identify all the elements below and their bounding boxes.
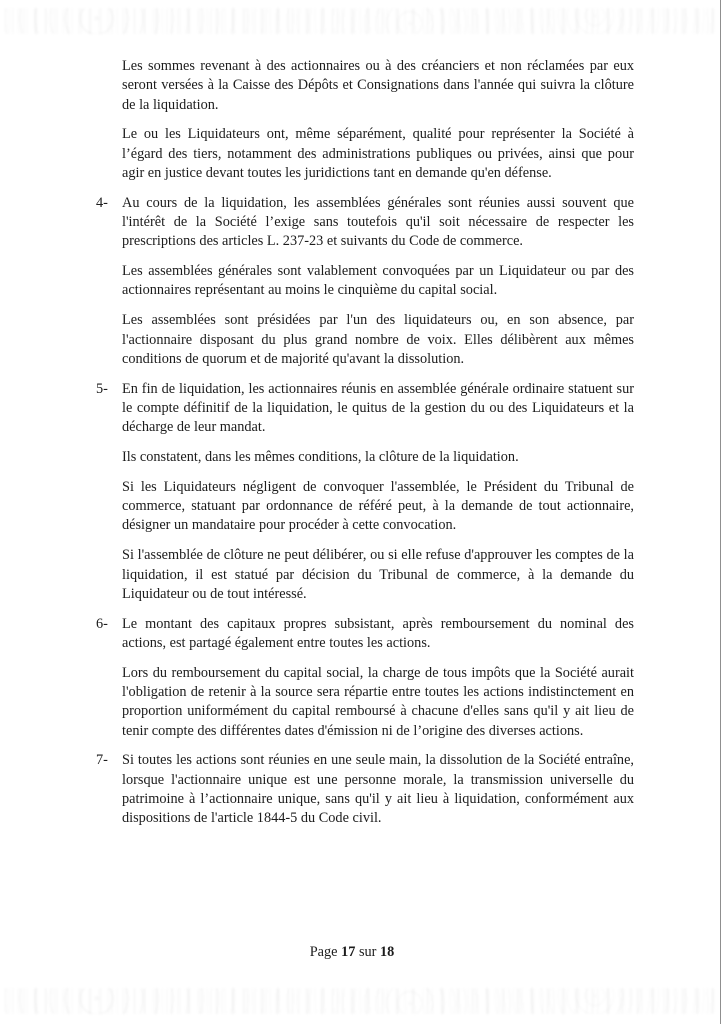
paragraph: En fin de liquidation, les actionnaires …	[122, 380, 634, 438]
scan-artifact-top	[4, 8, 716, 34]
scan-edge-line	[720, 0, 721, 1024]
numbered-clause-6: 6- Le montant des capitaux propres subsi…	[96, 615, 634, 752]
scan-artifact-bottom	[4, 988, 716, 1014]
document-content: Les sommes revenant à des actionnaires o…	[96, 57, 634, 839]
clause-body: Au cours de la liquidation, les assemblé…	[122, 194, 634, 380]
footer-separator: sur	[359, 944, 376, 960]
document-page: Les sommes revenant à des actionnaires o…	[0, 0, 726, 1024]
paragraph: Les sommes revenant à des actionnaires o…	[122, 57, 634, 115]
paragraph: Le montant des capitaux propres subsista…	[122, 615, 634, 654]
paragraph: Si toutes les actions sont réunies en un…	[122, 751, 634, 828]
paragraph: Les assemblées sont présidées par l'un d…	[122, 311, 634, 369]
clause-number: 6-	[96, 615, 122, 634]
page-footer: Page 17 sur 18	[96, 943, 608, 962]
clause-number: 4-	[96, 194, 122, 213]
paragraph: Les assemblées générales sont valablemen…	[122, 262, 634, 301]
footer-current-page: 17	[341, 944, 355, 960]
paragraph: Si l'assemblée de clôture ne peut délibé…	[122, 546, 634, 604]
paragraph: Ils constatent, dans les mêmes condition…	[122, 448, 634, 467]
paragraph: Au cours de la liquidation, les assemblé…	[122, 194, 634, 252]
clause-number: 5-	[96, 380, 122, 399]
numbered-clause-4: 4- Au cours de la liquidation, les assem…	[96, 194, 634, 380]
paragraph: Lors du remboursement du capital social,…	[122, 664, 634, 741]
paragraph: Le ou les Liquidateurs ont, même séparém…	[122, 125, 634, 183]
paragraph: Si les Liquidateurs négligent de convoqu…	[122, 478, 634, 536]
clause-number: 7-	[96, 751, 122, 770]
numbered-clause-7: 7- Si toutes les actions sont réunies en…	[96, 751, 634, 839]
paragraph-block: Les sommes revenant à des actionnaires o…	[96, 57, 634, 183]
clause-body: Si toutes les actions sont réunies en un…	[122, 751, 634, 839]
footer-total-pages: 18	[380, 944, 394, 960]
clause-body: En fin de liquidation, les actionnaires …	[122, 380, 634, 615]
numbered-clause-5: 5- En fin de liquidation, les actionnair…	[96, 380, 634, 615]
clause-body: Le montant des capitaux propres subsista…	[122, 615, 634, 752]
footer-page-label: Page	[310, 944, 338, 960]
